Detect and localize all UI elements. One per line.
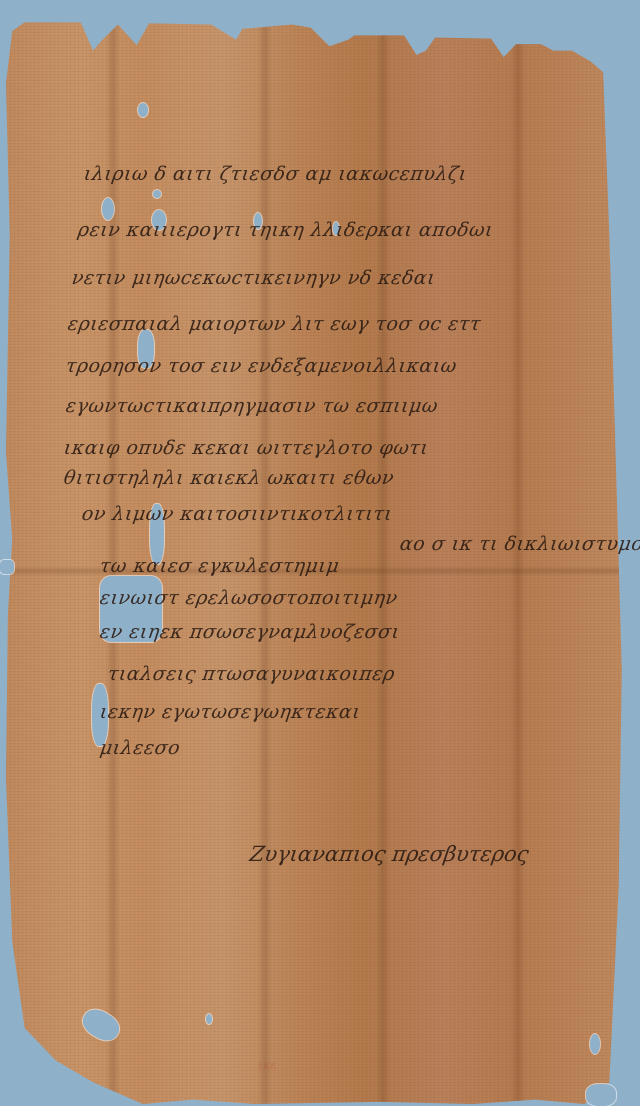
text-line: εγωντωcτικαιπρηγμασιν τω εσπιιμω xyxy=(64,395,439,417)
text-line: μιλεεσο xyxy=(98,737,181,759)
lacuna xyxy=(138,103,148,117)
text-line: ικαιφ οπυδε κεκαι ωιττεγλοτο φωτι xyxy=(62,437,429,459)
lacuna xyxy=(102,198,114,220)
lacuna xyxy=(153,190,161,198)
text-line: ρειν καιιιερογτι τηικη λλιδερκαι αποδωι xyxy=(76,219,494,241)
text-line: εριεσπαιαλ μαιορτων λιτ εωγ τοσ οc εττ xyxy=(66,313,482,335)
signature: Ζυγιαναπιος πρεσβυτερος xyxy=(248,842,530,866)
fold-crease xyxy=(511,18,525,1104)
text-line: αο σ ικ τι δικλιωιστυμονλεν xyxy=(398,533,640,555)
text-line: θιτιστηληλι καιεκλ ωκαιτι εθων xyxy=(62,467,395,489)
text-line: εν ειηεκ πσωσεγναμλυοζεσσι xyxy=(98,621,401,643)
text-line: νετιν μιηωcεκωcτικεινηγν νδ κεδαι xyxy=(70,267,436,289)
lacuna xyxy=(0,560,14,574)
lacuna xyxy=(206,1014,212,1024)
text-line: τιαλσεις πτωσαγυναικοιπερ xyxy=(106,663,396,685)
text-line: ιεκην εγωτωσεγωηκτεκαι xyxy=(98,701,362,723)
text-line: τρορησον τοσ ειν ενδεξαμενοιλλικαιω xyxy=(64,355,458,377)
lacuna xyxy=(590,1034,600,1054)
faint-red-mark: ικε xyxy=(258,1058,276,1072)
text-line: εινωιστ ερελωσοστοποιτιμην xyxy=(98,587,399,609)
lacuna xyxy=(586,1084,616,1106)
text-line: τω καιεσ εγκυλεστημιμ xyxy=(98,555,340,577)
text-line: ιλιριω δ αιτι ζτιεσδσ αμ ιακωcεπυλζι xyxy=(82,163,468,185)
text-line: ον λιμων καιτοσιιντικοτλιτιτι xyxy=(80,503,393,525)
